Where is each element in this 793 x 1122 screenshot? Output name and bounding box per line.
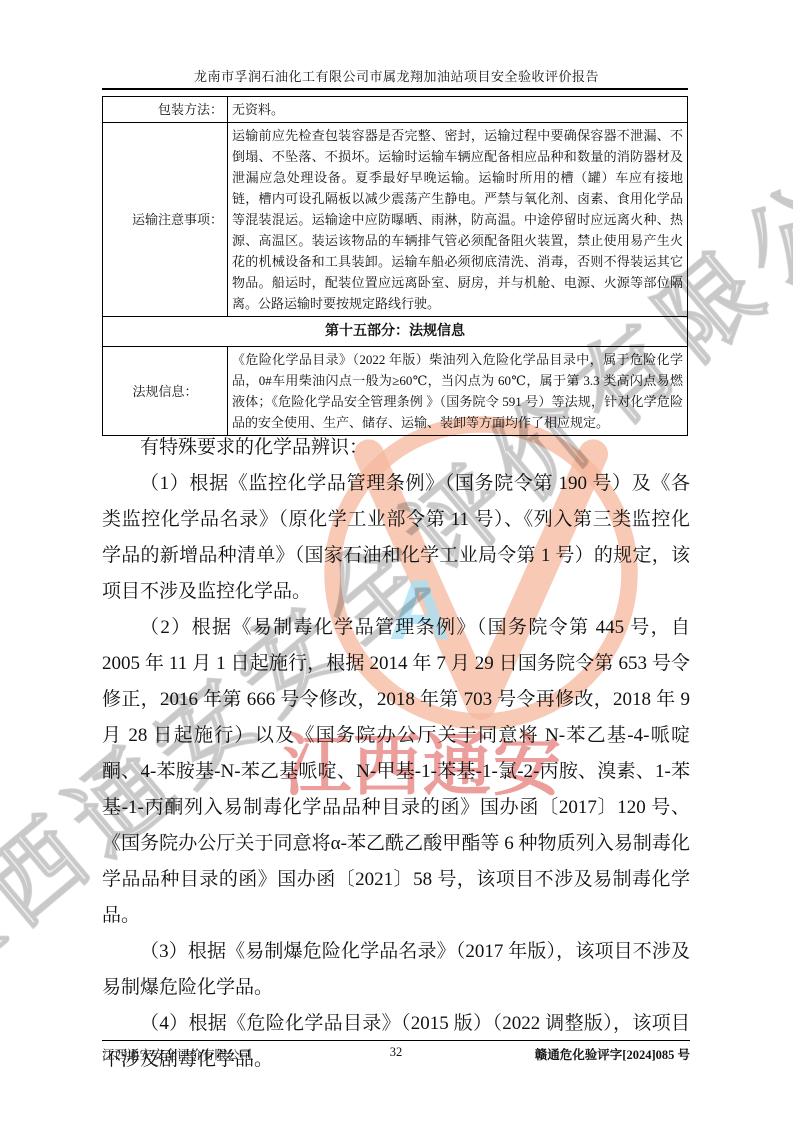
regulation-label: 法规信息： bbox=[103, 347, 228, 436]
transport-value: 运输前应先检查包装容器是否完整、密封，运输过程中要确保容器不泄漏、不倒塌、不坠落… bbox=[228, 123, 688, 317]
footer-rule bbox=[102, 1040, 690, 1041]
table-row-packaging: 包装方法： 无资料。 bbox=[103, 97, 688, 123]
table-row-transport: 运输注意事项： 运输前应先检查包装容器是否完整、密封，运输过程中要确保容器不泄漏… bbox=[103, 123, 688, 317]
body-intro: 有特殊要求的化学品辨识： bbox=[102, 430, 690, 466]
body-paragraph-1: （1）根据《监控化学品管理条例》（国务院令第 190 号）及《各类监控化学品名录… bbox=[102, 466, 690, 610]
regulation-value: 《危险化学品目录》（2022 年版）柴油列入危险化学品目录中，属于危险化学品，0… bbox=[228, 347, 688, 436]
page-footer: 江西通安安全评价有限公司 32 赣通危化验评字[2024]085 号 bbox=[102, 1045, 690, 1063]
section15-title: 第十五部分：法规信息 bbox=[103, 317, 688, 347]
packaging-value: 无资料。 bbox=[228, 97, 688, 123]
msds-table: 包装方法： 无资料。 运输注意事项： 运输前应先检查包装容器是否完整、密封，运输… bbox=[102, 96, 688, 436]
transport-label: 运输注意事项： bbox=[103, 123, 228, 317]
header-rule bbox=[102, 88, 688, 90]
footer-doc-number: 赣通危化验评字[2024]085 号 bbox=[402, 1045, 690, 1063]
table-row-regulation: 法规信息： 《危险化学品目录》（2022 年版）柴油列入危险化学品目录中，属于危… bbox=[103, 347, 688, 436]
footer-page-number: 32 bbox=[390, 1045, 403, 1060]
table-row-section15: 第十五部分：法规信息 bbox=[103, 317, 688, 347]
document-page: 江西通安安全评价有限公司 A 江西通安 龙南市孚润石油化工有限公司市属龙翔加油站… bbox=[0, 0, 793, 1122]
body-paragraph-4: （4）根据《危险化学品目录》（2015 版）（2022 调整版），该项目不涉及剧… bbox=[102, 1006, 690, 1078]
page-header-title: 龙南市孚润石油化工有限公司市属龙翔加油站项目安全验收评价报告 bbox=[0, 66, 793, 85]
body-text: 有特殊要求的化学品辨识： （1）根据《监控化学品管理条例》（国务院令第 190 … bbox=[102, 430, 690, 1078]
packaging-label: 包装方法： bbox=[103, 97, 228, 123]
body-paragraph-2: （2）根据《易制毒化学品管理条例》（国务院令第 445 号，自 2005 年 1… bbox=[102, 610, 690, 934]
body-paragraph-3: （3）根据《易制爆危险化学品名录》（2017 年版），该项目不涉及易制爆危险化学… bbox=[102, 934, 690, 1006]
footer-company: 江西通安安全评价有限公司 bbox=[102, 1045, 390, 1063]
